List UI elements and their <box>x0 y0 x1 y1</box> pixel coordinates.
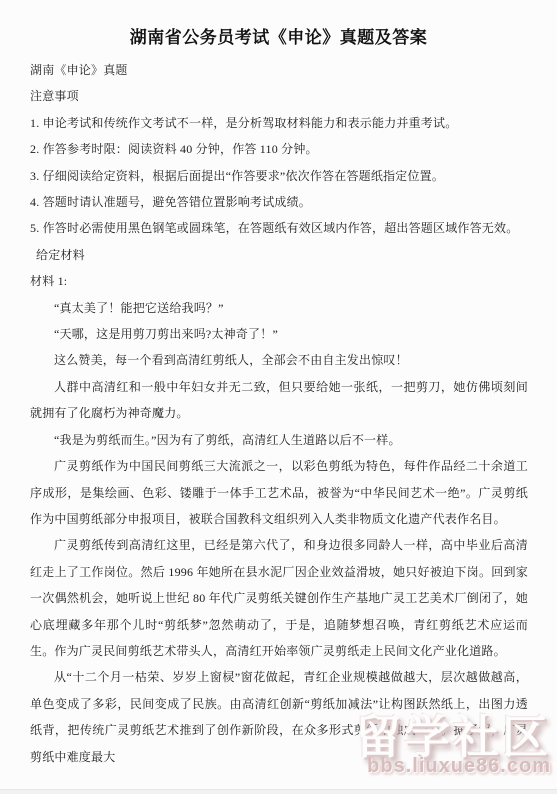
page-bottom-edge <box>0 789 557 794</box>
document-page: 湖南省公务员考试《申论》真题及答案 湖南《申论》真题 注意事项 1. 申论考试和… <box>0 0 557 794</box>
material-label: 材料 1: <box>30 268 528 294</box>
paragraph-enterprise-growth: 从“十二个月一枯荣、岁岁上窗棂”窗花做起，青红企业规模越做越大，层次越做越高，单… <box>30 664 528 770</box>
notice-item-3: 3. 仔细阅读给定资料，根据后面提出“作答要求”依次作答在答题纸指定位置。 <box>30 163 528 189</box>
materials-heading: 给定材料 <box>30 242 528 268</box>
paragraph-quote-1: “真太美了！能把它送给我吗？” <box>30 295 528 321</box>
paragraph-praise: 这么赞美，每一个看到高清红剪纸人，全部会不由自主发出惊叹！ <box>30 347 528 373</box>
notice-item-1: 1. 申论考试和传统作文考试不一样，是分析驾取材料能力和表示能力并重考试。 <box>30 110 528 136</box>
paragraph-born-for-papercut: “我是为剪纸而生。”因为有了剪纸，高清红人生道路以后不一样。 <box>30 427 528 453</box>
notice-heading: 注意事项 <box>30 83 528 109</box>
page-title: 湖南省公务员考试《申论》真题及答案 <box>0 26 557 50</box>
document-subtitle: 湖南《申论》真题 <box>30 57 528 83</box>
document-body: 湖南《申论》真题 注意事项 1. 申论考试和传统作文考试不一样，是分析驾取材料能… <box>0 57 557 770</box>
paragraph-guangling-intro: 广灵剪纸作为中国民间剪纸三大流派之一，以彩色剪纸为特色，每件作品经二十余道工序成… <box>30 453 528 532</box>
paragraph-sixth-generation: 广灵剪纸传到高清红这里，已经是第六代了，和身边很多同龄人一样，高中毕业后高清红走… <box>30 532 528 664</box>
paragraph-quote-2: “天哪，这是用剪刀剪出来吗?太神奇了！” <box>30 321 528 347</box>
notice-item-5: 5. 作答时必需使用黑色钢笔或圆珠笔，在答题纸有效区域内作答，超出答题区域作答无… <box>30 215 528 241</box>
notice-item-4: 4. 答题时请认准题号，避免答错位置影响考试成绩。 <box>30 189 528 215</box>
paragraph-crowd: 人群中高清红和一般中年妇女并无二致，但只要给她一张纸，一把剪刀，她仿佛顷刻间就拥… <box>30 374 528 427</box>
notice-item-2: 2. 作答参考时限：阅读资料 40 分钟，作答 110 分钟。 <box>30 136 528 162</box>
